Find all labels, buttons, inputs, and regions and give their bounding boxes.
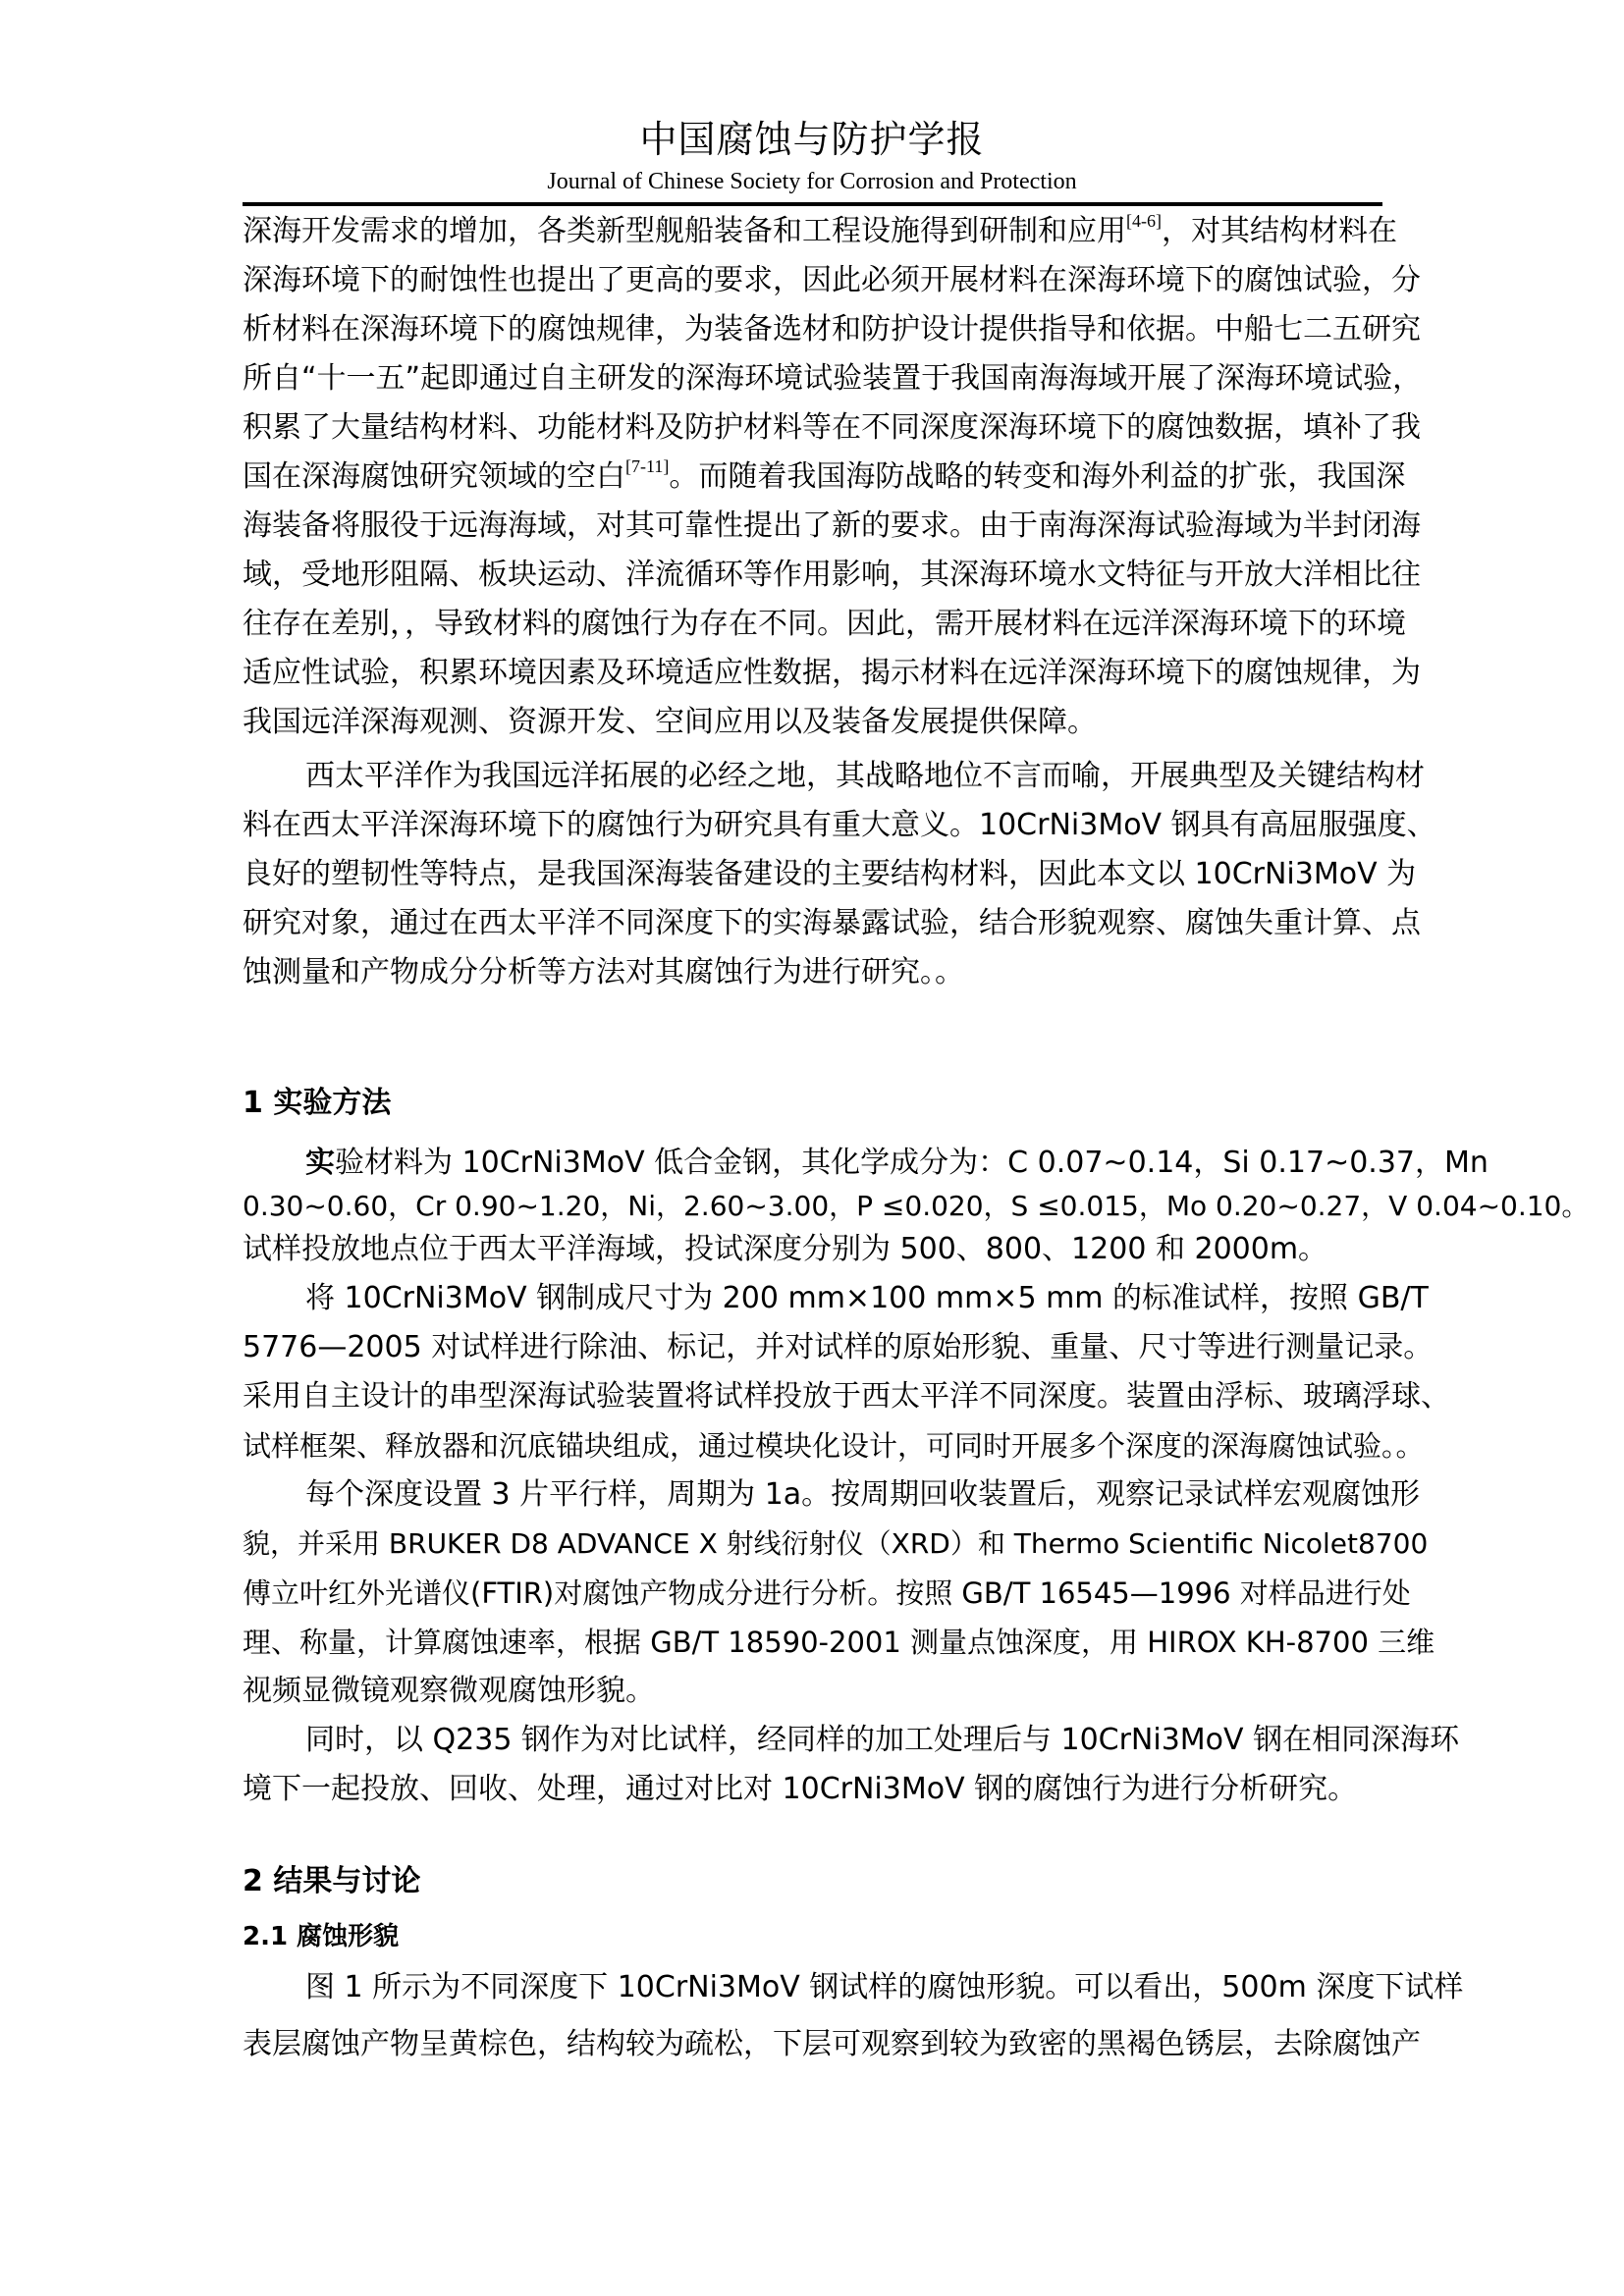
section1-p3-line: 每个深度设置 3 片平行样，周期为 1a。按周期回收装置后，观察记录试样宏观腐蚀… bbox=[243, 1470, 1382, 1520]
header-rule bbox=[243, 202, 1382, 206]
section1-p4-line: 同时，以 Q235 钢作为对比试样，经同样的加工处理后与 10CrNi3MoV … bbox=[243, 1716, 1382, 1765]
intro-p2-line: 良好的塑韧性等特点，是我国深海装备建设的主要结构材料，因此本文以 10CrNi3… bbox=[243, 850, 1382, 899]
journal-title-en: Journal of Chinese Society for Corrosion… bbox=[0, 167, 1624, 196]
intro-p1-line: 海装备将服役于远海海域，对其可靠性提出了新的要求。由于南海深海试验海域为半封闭海 bbox=[243, 502, 1382, 551]
intro-p1-line: 我国远洋深海观测、资源开发、空间应用以及装备发展提供保障。 bbox=[243, 698, 1382, 747]
section1-p3-line: 貌，并采用 BRUKER D8 ADVANCE X 射线衍射仪（XRD）和 Th… bbox=[243, 1520, 1382, 1569]
section1-p1-line: 试样投放地点位于西太平洋海域，投试深度分别为 500、800、1200 和 20… bbox=[243, 1228, 1382, 1271]
section1-p3-line: 傅立叶红外光谱仪(FTIR)对腐蚀产物成分进行分析。按照 GB/T 16545—… bbox=[243, 1569, 1382, 1618]
intro-p2-line: 料在西太平洋深海环境下的腐蚀行为研究具有重大意义。10CrNi3MoV 钢具有高… bbox=[243, 801, 1382, 850]
intro-p1-line: 往存在差别，，导致材料的腐蚀行为存在不同。因此，需开展材料在远洋深海环境下的环境 bbox=[243, 600, 1382, 649]
intro-p2-line: 蚀测量和产物成分分析等方法对其腐蚀行为进行研究。。 bbox=[243, 948, 1382, 997]
section1-p4-line: 境下一起投放、回收、处理，通过对比对 10CrNi3MoV 钢的腐蚀行为进行分析… bbox=[243, 1765, 1382, 1814]
intro-p2-line: 西太平洋作为我国远洋拓展的必经之地，其战略地位不言而喻，开展典型及关键结构材 bbox=[243, 752, 1382, 801]
section2-p1-line: 表层腐蚀产物呈黄棕色，结构较为疏松，下层可观察到较为致密的黑褐色锈层，去除腐蚀产 bbox=[243, 2020, 1382, 2069]
section-2-heading: 2 结果与讨论 bbox=[243, 1857, 420, 1906]
journal-title-cn: 中国腐蚀与防护学报 bbox=[0, 116, 1624, 163]
section1-p2-line: 试样框架、释放器和沉底锚块组成，通过模块化设计，可同时开展多个深度的深海腐蚀试验… bbox=[243, 1421, 1382, 1470]
intro-p2-line: 研究对象，通过在西太平洋不同深度下的实海暴露试验，结合形貌观察、腐蚀失重计算、点 bbox=[243, 899, 1382, 948]
section1-p3-line: 理、称量，计算腐蚀速率，根据 GB/T 18590-2001 测量点蚀深度，用 … bbox=[243, 1618, 1382, 1667]
section1-p2-line: 采用自主设计的串型深海试验装置将试样投放于西太平洋不同深度。装置由浮标、玻璃浮球… bbox=[243, 1372, 1382, 1421]
section1-p2-line: 5776—2005 对试样进行除油、标记，并对试样的原始形貌、重量、尺寸等进行测… bbox=[243, 1323, 1382, 1372]
intro-p1-line: 深海开发需求的增加，各类新型舰船装备和工程设施得到研制和应用[4-6]，对其结构… bbox=[243, 207, 1382, 256]
section2-p1-line: 图 1 所示为不同深度下 10CrNi3MoV 钢试样的腐蚀形貌。可以看出，50… bbox=[243, 1963, 1382, 2012]
intro-p1-line: 适应性试验，积累环境因素及环境适应性数据，揭示材料在远洋深海环境下的腐蚀规律，为 bbox=[243, 649, 1382, 698]
intro-p1-line: 积累了大量结构材料、功能材料及防护材料等在不同深度深海环境下的腐蚀数据，填补了我 bbox=[243, 403, 1382, 453]
intro-p1-line: 深海环境下的耐蚀性也提出了更高的要求，因此必须开展材料在深海环境下的腐蚀试验，分 bbox=[243, 256, 1382, 305]
section-2-1-heading: 2.1 腐蚀形貌 bbox=[243, 1915, 399, 1958]
intro-p1-line: 域，受地形阻隔、板块运动、洋流循环等作用影响，其深海环境水文特征与开放大洋相比往 bbox=[243, 551, 1382, 600]
section-1-heading: 1 实验方法 bbox=[243, 1079, 391, 1128]
intro-p1-line: 析材料在深海环境下的腐蚀规律，为装备选材和防护设计提供指导和依据。中船七二五研究 bbox=[243, 305, 1382, 354]
section1-p1-line: 0.30~0.60，Cr 0.90~1.20，Ni，2.60~3.00，P ≤0… bbox=[243, 1185, 1382, 1228]
section1-p1-line: 实验材料为 10CrNi3MoV 低合金钢，其化学成分为：C 0.07~0.14… bbox=[243, 1142, 1382, 1185]
section1-p2-line: 将 10CrNi3MoV 钢制成尺寸为 200 mm×100 mm×5 mm 的… bbox=[243, 1274, 1382, 1323]
intro-p1-line: 所自“十一五”起即通过自主研发的深海环境试验装置于我国南海海域开展了深海环境试验… bbox=[243, 354, 1382, 403]
section1-p3-line: 视频显微镜观察微观腐蚀形貌。 bbox=[243, 1667, 1382, 1716]
intro-p1-line: 国在深海腐蚀研究领域的空白[7-11]。而随着我国海防战略的转变和海外利益的扩张… bbox=[243, 453, 1382, 502]
lead-char: 实 bbox=[305, 1146, 335, 1180]
